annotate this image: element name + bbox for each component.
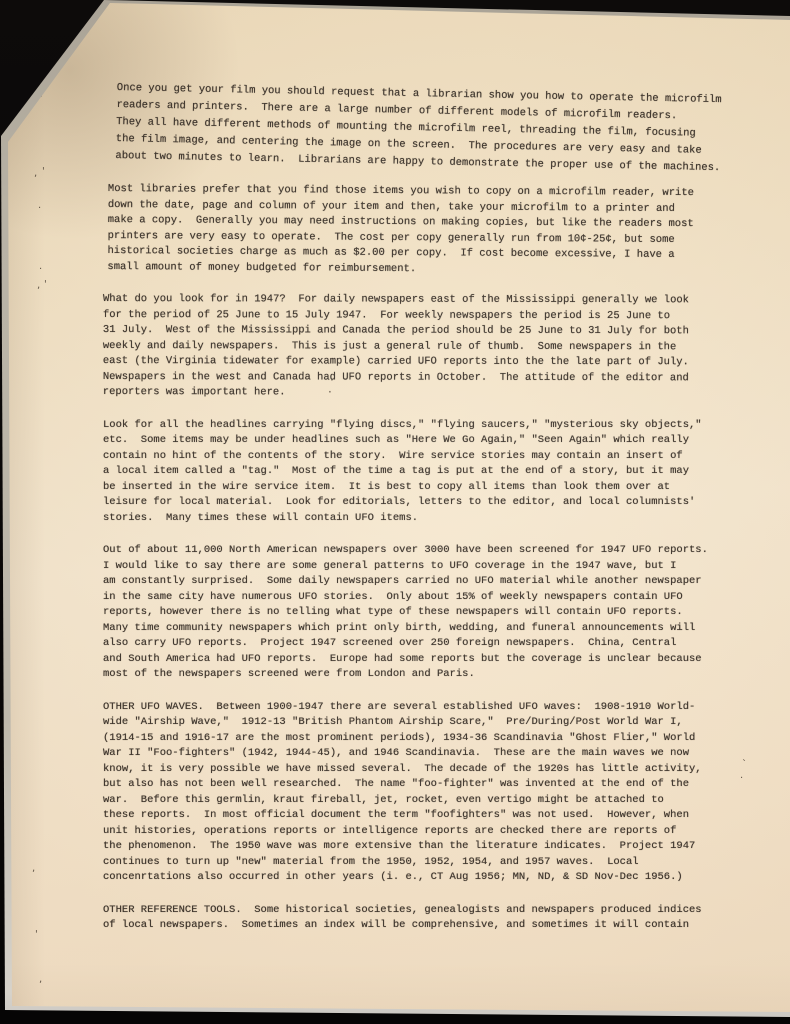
paper-speck: · bbox=[740, 774, 743, 784]
paragraph-screening-statistics: Out of about 11,000 North American newsp… bbox=[103, 543, 739, 683]
paper-speck: , bbox=[34, 169, 37, 179]
paragraph-other-ufo-waves: OTHER UFO WAVES. Between 1900-1947 there… bbox=[103, 700, 739, 886]
paragraph-what-to-look-for-1947: What do you look for in 1947? For daily … bbox=[103, 292, 739, 402]
paper-speck: · bbox=[39, 265, 42, 275]
paper-speck: ' bbox=[35, 930, 38, 940]
paper-speck: ` bbox=[742, 760, 747, 770]
scanned-page-photo: Once you get your film you should reques… bbox=[0, 0, 790, 1024]
paper-speck: · bbox=[38, 204, 41, 214]
ink-smudge: · bbox=[328, 386, 332, 398]
paper-speck: , bbox=[32, 864, 35, 874]
paper-speck: , bbox=[39, 975, 42, 985]
paper-speck: ' bbox=[44, 280, 47, 290]
paragraph-copying-costs: Most libraries prefer that you find thos… bbox=[107, 182, 739, 279]
paragraph-headlines: Look for all the headlines carrying "fly… bbox=[103, 418, 739, 527]
paragraph-other-reference-tools: OTHER REFERENCE TOOLS. Some historical s… bbox=[103, 903, 739, 934]
paper-speck: , bbox=[37, 281, 40, 291]
paper-speck: ' bbox=[42, 167, 45, 177]
typewritten-text-block: Once you get your film you should reques… bbox=[103, 80, 739, 951]
document-page: Once you get your film you should reques… bbox=[0, 0, 790, 1024]
paragraph-microfilm-readers: Once you get your film you should reques… bbox=[115, 80, 739, 177]
